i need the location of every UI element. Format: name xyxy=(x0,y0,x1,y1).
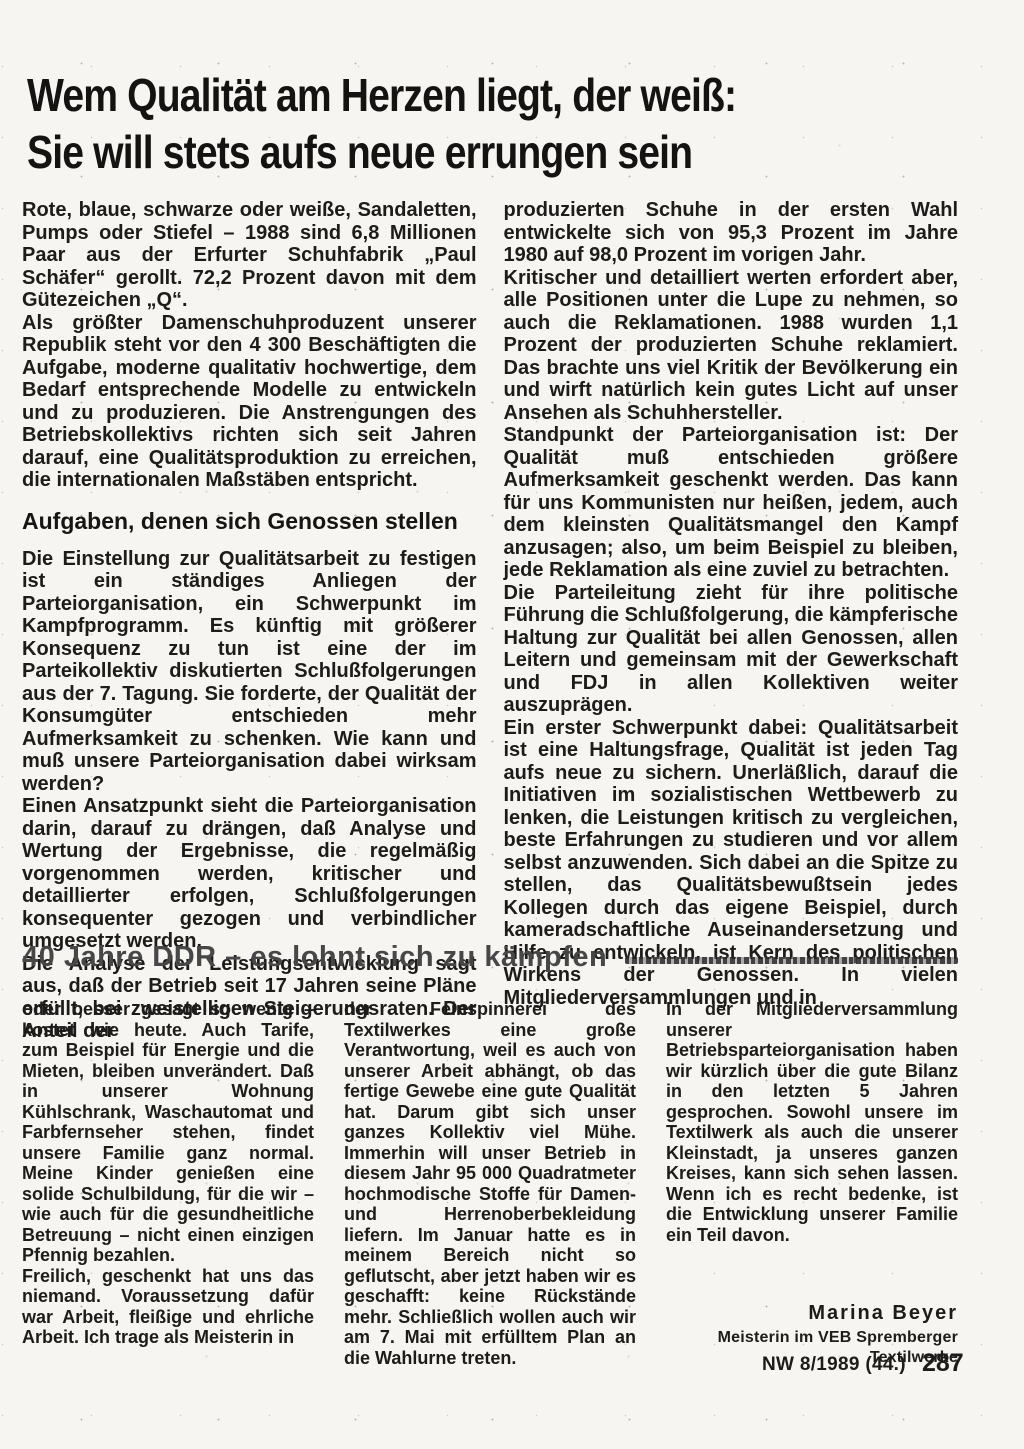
paragraph: Die Einstellung zur Qualitätsarbeit zu f… xyxy=(22,548,477,796)
top-article-right-column: produzierten Schuhe in der ersten Wahl e… xyxy=(504,199,959,1043)
paragraph: Die Parteileitung zieht für ihre politis… xyxy=(504,582,959,717)
bottom-article-column2: der Feinspinnerei des Textilwerkes eine … xyxy=(344,999,636,1369)
bottom-article: oder besser gesagt so wenig – kostet wie… xyxy=(22,999,958,1369)
section-divider-rule xyxy=(625,957,958,964)
section-banner-title: 40 Jahre DDR – es lohnt sich zu kämpfen xyxy=(22,941,607,974)
top-article-left-column: Rote, blaue, schwarze oder weiße, Sandal… xyxy=(22,199,477,1043)
paragraph: Einen Ansatzpunkt sieht die Parteiorgani… xyxy=(22,795,477,953)
paragraph: oder besser gesagt so wenig – kostet wie… xyxy=(22,999,314,1266)
paragraph: Kritischer und detailliert werten erford… xyxy=(504,267,959,425)
paragraph: Freilich, geschenkt hat uns das niemand.… xyxy=(22,1266,314,1348)
paragraph: Standpunkt der Parteiorganisation ist: D… xyxy=(504,424,959,582)
bottom-article-column1: oder besser gesagt so wenig – kostet wie… xyxy=(22,999,314,1369)
author-name: Marina Beyer xyxy=(666,1303,958,1324)
page-title-line1: Wem Qualität am Herzen liegt, der weiß: xyxy=(27,67,736,124)
section-subheading: Aufgaben, denen sich Genossen stellen xyxy=(22,508,477,534)
paragraph: In der Mitgliederversammlung unserer Bet… xyxy=(666,999,958,1245)
paragraph: Rote, blaue, schwarze oder weiße, Sandal… xyxy=(22,199,477,312)
footer-issue-label: NW 8/1989 (44.) xyxy=(762,1354,906,1376)
magazine-page: Wem Qualität am Herzen liegt, der weiß: … xyxy=(0,0,1024,1449)
paragraph: produzierten Schuhe in der ersten Wahl e… xyxy=(504,199,959,267)
top-article: Rote, blaue, schwarze oder weiße, Sandal… xyxy=(22,199,958,1043)
page-title-line2: Sie will stets aufs neue errungen sein xyxy=(27,124,736,181)
section-banner: 40 Jahre DDR – es lohnt sich zu kämpfen xyxy=(22,941,958,974)
footer-page-number: 287 xyxy=(922,1349,964,1378)
page-title: Wem Qualität am Herzen liegt, der weiß: … xyxy=(27,67,736,181)
bottom-article-column3: In der Mitgliederversammlung unserer Bet… xyxy=(666,999,958,1369)
paragraph: der Feinspinnerei des Textilwerkes eine … xyxy=(344,999,636,1368)
paragraph: Als größter Damenschuhproduzent unserer … xyxy=(22,312,477,492)
